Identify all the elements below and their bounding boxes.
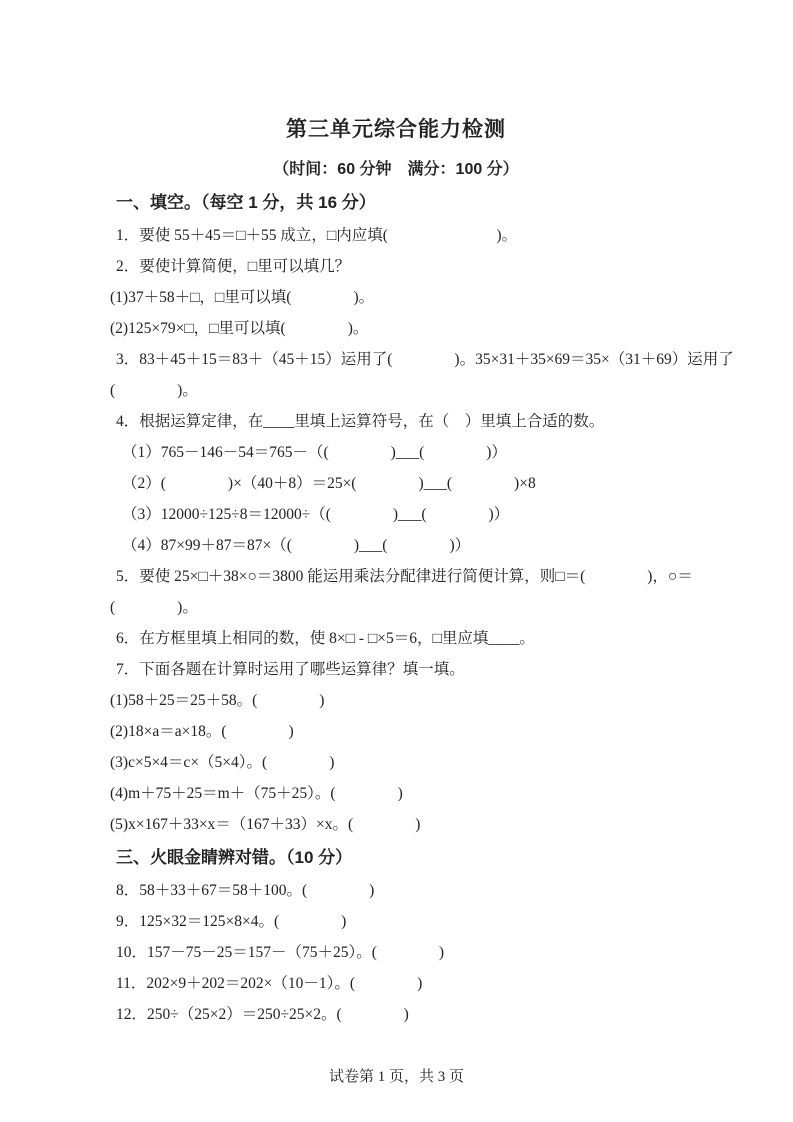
- question-5: 5．要使 25×□＋38×○＝3800 能运用乘法分配律进行简便计算，则□＝( …: [110, 568, 682, 585]
- question-12: 12．250÷（25×2）＝250÷25×2。( ): [110, 1006, 682, 1023]
- question-3-continuation: ( )。: [110, 382, 682, 399]
- question-7-sub-5: (5)x×167＋33×x＝（167＋33）×x。( ): [110, 816, 682, 833]
- question-2: 2．要使计算简便，□里可以填几？: [110, 258, 682, 275]
- question-3: 3．83＋45＋15＝83＋（45＋15）运用了( )。35×31＋35×69＝…: [110, 351, 682, 368]
- section-3-header: 三、火眼金睛辨对错。（10 分）: [110, 847, 682, 869]
- question-4-sub-3: （3）12000÷125÷8＝12000÷（( )___( )）: [110, 506, 682, 523]
- page-content: 第三单元综合能力检测 （时间：60 分钟 满分：100 分） 一、填空。（每空 …: [110, 116, 682, 1037]
- question-5-continuation: ( )。: [110, 599, 682, 616]
- question-4-sub-4: （4）87×99＋87＝87×（( )___( )）: [110, 537, 682, 554]
- question-4-sub-2: （2）( )×（40＋8）＝25×( )___( )×8: [110, 475, 682, 492]
- question-1: 1．要使 55＋45＝□＋55 成立，□内应填( )。: [110, 227, 682, 244]
- question-9: 9．125×32＝125×8×4。( ): [110, 913, 682, 930]
- question-4-sub-1: （1）765－146－54＝765－（( )___( )）: [110, 444, 682, 461]
- question-4: 4．根据运算定律，在____里填上运算符号，在（ ）里填上合适的数。: [110, 413, 682, 430]
- question-6: 6．在方框里填上相同的数，使 8×□ - □×5＝6，□里应填____。: [110, 630, 682, 647]
- question-7: 7．下面各题在计算时运用了哪些运算律？填一填。: [110, 661, 682, 678]
- page-title: 第三单元综合能力检测: [110, 116, 682, 144]
- page-number-footer: 试卷第 1 页，共 3 页: [0, 1068, 793, 1086]
- question-2-sub-2: (2)125×79×□，□里可以填( )。: [110, 320, 682, 337]
- question-8: 8．58＋33＋67＝58＋100。( ): [110, 882, 682, 899]
- question-2-sub-1: (1)37＋58＋□，□里可以填( )。: [110, 289, 682, 306]
- question-10: 10．157－75－25＝157－（75＋25）。( ): [110, 944, 682, 961]
- question-7-sub-2: (2)18×a＝a×18。( ): [110, 723, 682, 740]
- section-1-header: 一、填空。（每空 1 分，共 16 分）: [110, 192, 682, 214]
- question-7-sub-4: (4)m＋75＋25＝m＋（75＋25）。( ): [110, 785, 682, 802]
- question-7-sub-1: (1)58＋25＝25＋58。( ): [110, 692, 682, 709]
- question-11: 11．202×9＋202＝202×（10－1）。( ): [110, 975, 682, 992]
- question-7-sub-3: (3)c×5×4＝c×（5×4）。( ): [110, 754, 682, 771]
- test-paper-page: 第三单元综合能力检测 （时间：60 分钟 满分：100 分） 一、填空。（每空 …: [0, 0, 793, 1122]
- page-subtitle: （时间：60 分钟 满分：100 分）: [110, 160, 682, 180]
